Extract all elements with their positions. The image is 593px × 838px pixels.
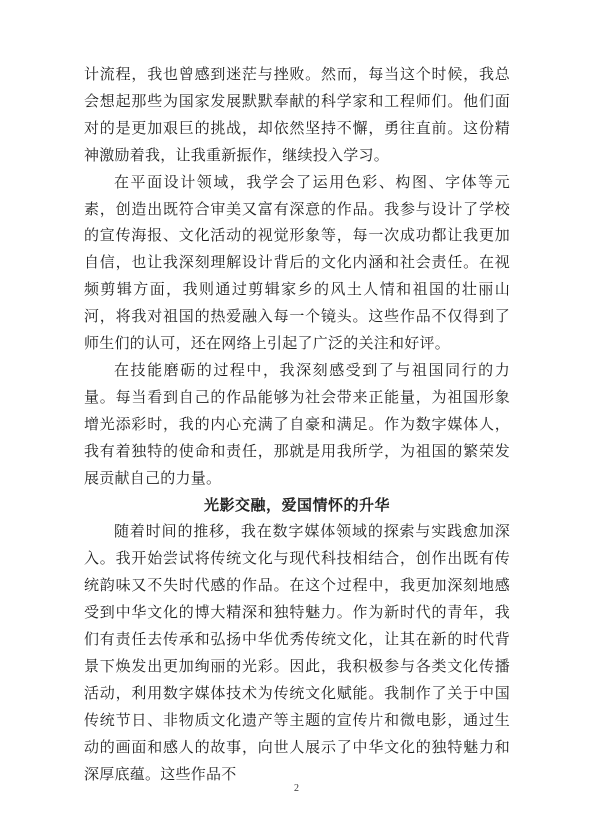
page-footer: 2 [0,778,593,796]
paragraph: 在平面设计领域，我学会了运用色彩、构图、字体等元素，创造出既符合审美又富有深意的… [84,170,510,358]
paragraph: 随着时间的推移，我在数字媒体领域的探索与实践愈加深入。我开始尝试将传统文化与现代… [84,519,510,788]
section-heading: 光影交融，爱国情怀的升华 [84,493,510,520]
document-page: 计流程，我也曾感到迷茫与挫败。然而，每当这个时候，我总会想起那些为国家发展默默奉… [0,0,593,838]
paragraph-continued: 计流程，我也曾感到迷茫与挫败。然而，每当这个时候，我总会想起那些为国家发展默默奉… [84,62,510,170]
paragraph: 在技能磨砺的过程中，我深刻感受到了与祖国同行的力量。每当看到自己的作品能够为社会… [84,358,510,493]
page-number: 2 [294,783,299,794]
document-body: 计流程，我也曾感到迷茫与挫败。然而，每当这个时候，我总会想起那些为国家发展默默奉… [84,62,510,788]
